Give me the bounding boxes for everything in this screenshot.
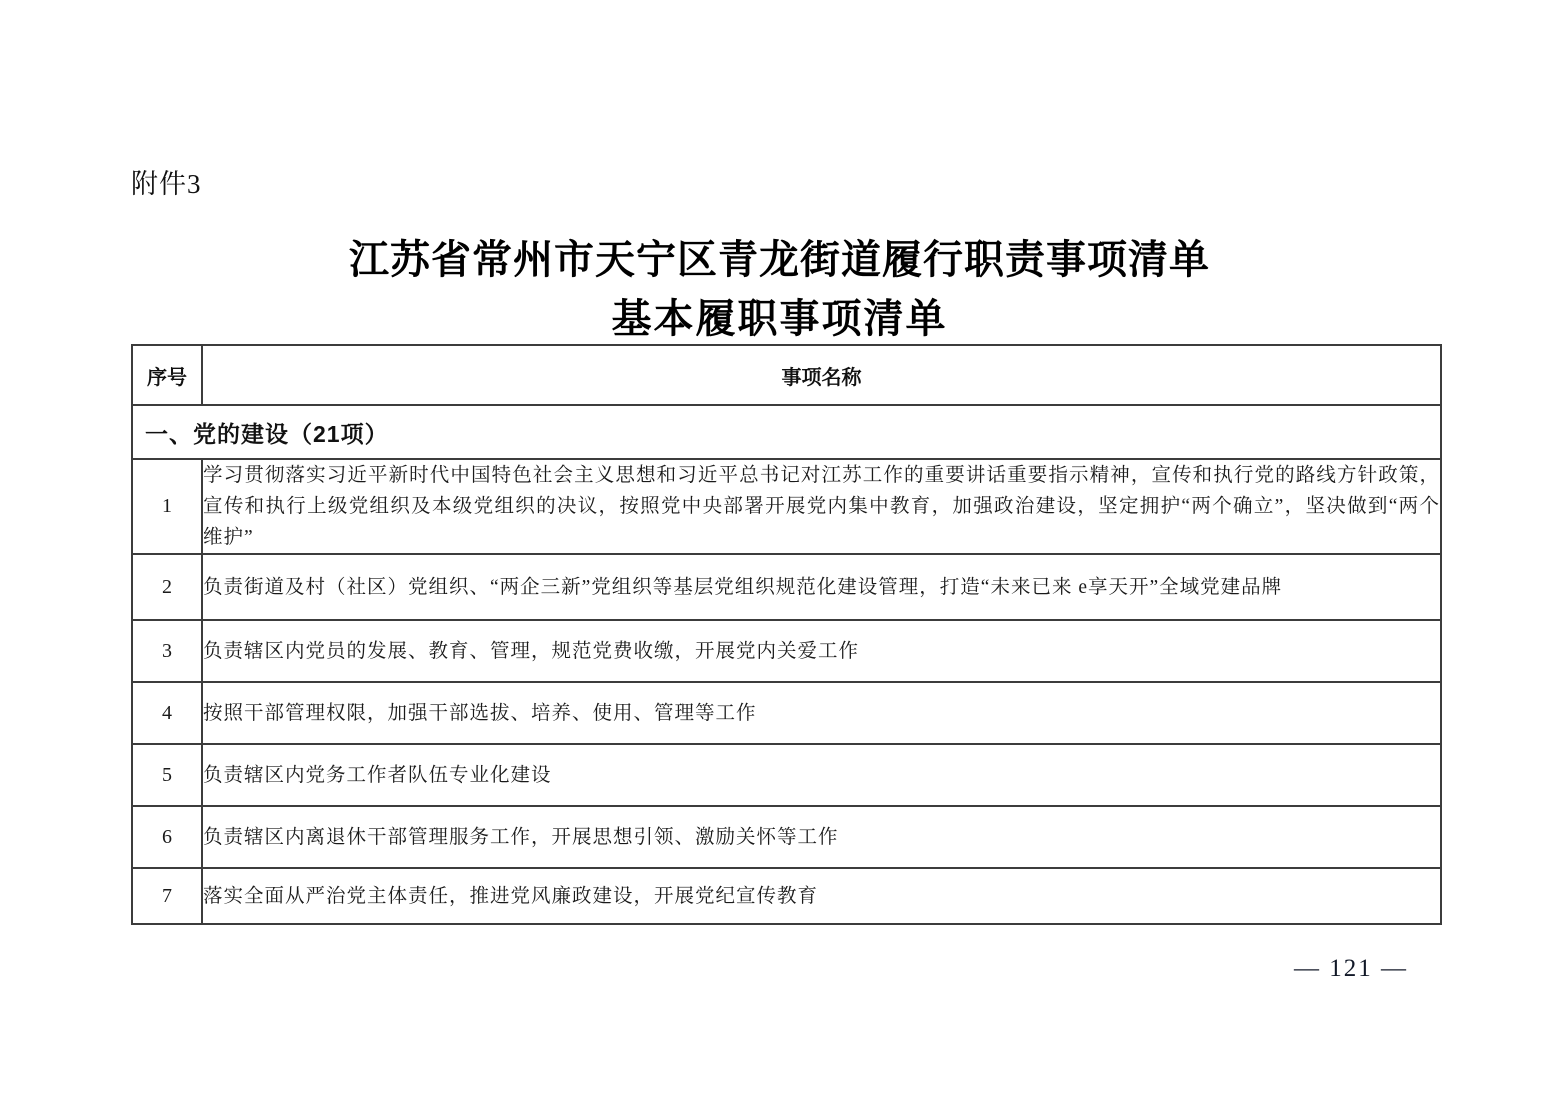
table-row: 7 落实全面从严治党主体责任，推进党风廉政建设，开展党纪宣传教育 — [132, 868, 1441, 924]
row-item-name: 负责辖区内离退休干部管理服务工作，开展思想引领、激励关怀等工作 — [202, 806, 1441, 868]
row-item-name: 负责辖区内党务工作者队伍专业化建设 — [202, 744, 1441, 806]
row-index: 7 — [132, 868, 202, 924]
table-row: 4 按照干部管理权限，加强干部选拔、培养、使用、管理等工作 — [132, 682, 1441, 744]
row-index: 1 — [132, 459, 202, 554]
column-header-item-name: 事项名称 — [202, 345, 1441, 405]
row-index: 2 — [132, 554, 202, 620]
row-item-name: 按照干部管理权限，加强干部选拔、培养、使用、管理等工作 — [202, 682, 1441, 744]
column-header-index: 序号 — [132, 345, 202, 405]
row-index: 6 — [132, 806, 202, 868]
row-item-name: 学习贯彻落实习近平新时代中国特色社会主义思想和习近平总书记对江苏工作的重要讲话重… — [202, 459, 1441, 554]
row-index: 3 — [132, 620, 202, 682]
page-number: — 121 — — [1294, 955, 1408, 983]
table-header-row: 序号 事项名称 — [132, 345, 1441, 405]
row-index: 5 — [132, 744, 202, 806]
table-row: 1 学习贯彻落实习近平新时代中国特色社会主义思想和习近平总书记对江苏工作的重要讲… — [132, 459, 1441, 554]
table-row: 3 负责辖区内党员的发展、教育、管理，规范党费收缴，开展党内关爱工作 — [132, 620, 1441, 682]
row-item-name: 负责辖区内党员的发展、教育、管理，规范党费收缴，开展党内关爱工作 — [202, 620, 1441, 682]
section-title: 一、党的建设（21项） — [132, 405, 1441, 459]
attachment-label: 附件3 — [131, 162, 202, 201]
table-row: 6 负责辖区内离退休干部管理服务工作，开展思想引领、激励关怀等工作 — [132, 806, 1441, 868]
row-index: 4 — [132, 682, 202, 744]
duty-items-table: 序号 事项名称 一、党的建设（21项） 1 学习贯彻落实习近平新时代中国特色社会… — [131, 344, 1442, 925]
document-subtitle: 基本履职事项清单 — [0, 287, 1559, 344]
table-row: 5 负责辖区内党务工作者队伍专业化建设 — [132, 744, 1441, 806]
document-title: 江苏省常州市天宁区青龙街道履行职责事项清单 — [0, 228, 1559, 285]
table-row: 2 负责街道及村（社区）党组织、“两企三新”党组织等基层党组织规范化建设管理，打… — [132, 554, 1441, 620]
section-header-row: 一、党的建设（21项） — [132, 405, 1441, 459]
row-item-name: 负责街道及村（社区）党组织、“两企三新”党组织等基层党组织规范化建设管理，打造“… — [202, 554, 1441, 620]
document-page: 附件3 江苏省常州市天宁区青龙街道履行职责事项清单 基本履职事项清单 序号 事项… — [0, 0, 1559, 1102]
row-item-name: 落实全面从严治党主体责任，推进党风廉政建设，开展党纪宣传教育 — [202, 868, 1441, 924]
